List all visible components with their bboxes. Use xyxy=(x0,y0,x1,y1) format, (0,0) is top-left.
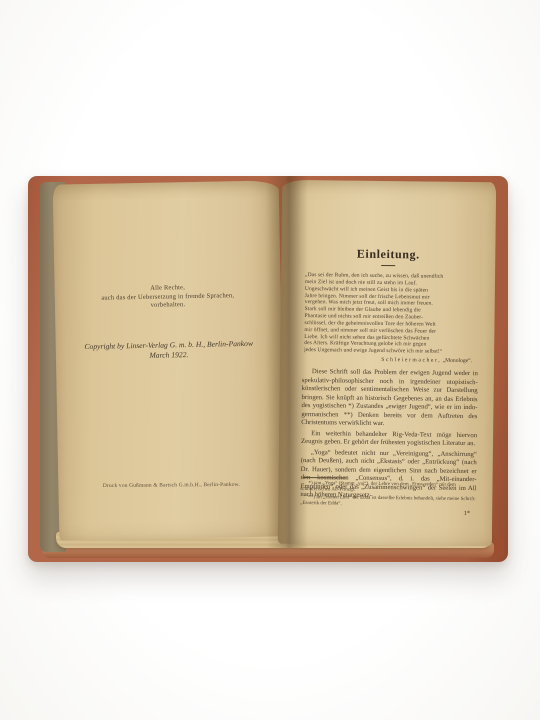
chapter-heading: Einleitung. xyxy=(281,246,495,264)
quote-attribution-author: Schleiermacher, xyxy=(381,357,441,364)
quote-line: jedes Ungemach und ewige Jugend schwöre … xyxy=(304,347,476,356)
footnote: *) von „Yoga“ (Stamm „yuj“), der Lehre v… xyxy=(300,481,476,496)
body-paragraph: Ein weiterhin behandelter Rig-Veda-Text … xyxy=(301,430,477,449)
right-page: Einleitung. „Das sei der Ruhm, den ich s… xyxy=(278,180,496,547)
body-paragraph: Diese Schrift soll das Problem der ewige… xyxy=(301,368,478,430)
left-page: Alle Rechte, auch das der Uebersetzung i… xyxy=(53,180,286,540)
page-signature-mark: 1* xyxy=(464,510,471,517)
photo-background: { "photo": { "background_color": "#fbfbf… xyxy=(0,0,540,720)
footnotes: *) von „Yoga“ (Stamm „yuj“), der Lehre v… xyxy=(300,481,476,511)
book-cover-corner-tab xyxy=(494,538,504,556)
open-book: Alle Rechte, auch das der Uebersetzung i… xyxy=(28,170,510,564)
footnote: **) Im „Hohen Lied“ der Edda ist dasselb… xyxy=(300,495,476,510)
epigraph-quote: „Das sei der Ruhm, den ich suche, zu wis… xyxy=(304,272,477,356)
heading-rule xyxy=(381,265,395,266)
printer-imprint-line: Druck von Gußmann & Bartsch G.m.b.H., Be… xyxy=(58,481,284,489)
rights-notice: Alle Rechte, auch das der Uebersetzung i… xyxy=(55,282,281,312)
quote-attribution: Schleiermacher, „Monologe“. xyxy=(304,356,472,364)
quote-attribution-work: „Monologe“. xyxy=(443,358,472,364)
copyright-block: Copyright by Linser-Verlag G. m. b. H., … xyxy=(56,338,282,362)
